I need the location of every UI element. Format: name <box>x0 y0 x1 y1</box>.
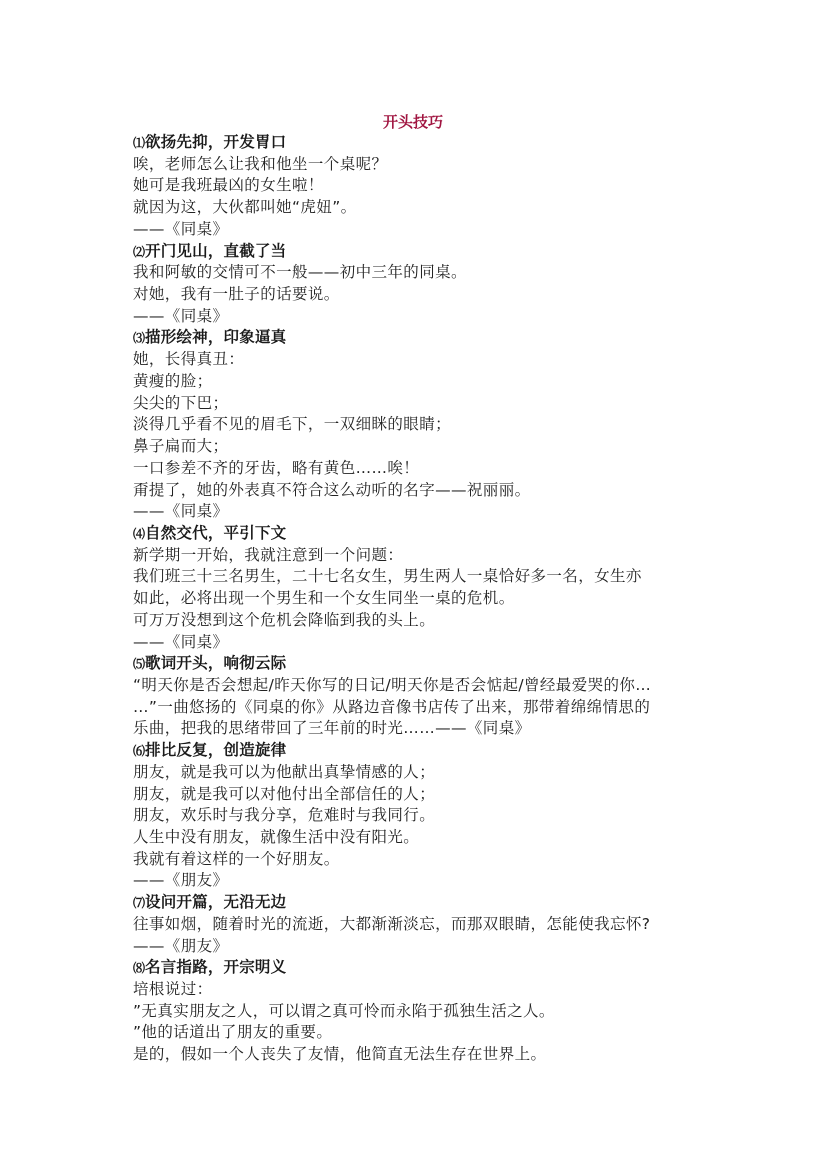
text-line: …”一曲悠扬的《同桌的你》从路边音像书店传了出来，那带着绵绵情思的 <box>133 697 703 719</box>
section-heading-6: ⑹排比反复，创造旋律 <box>133 740 703 762</box>
text-line: 甭提了，她的外表真不符合这么动听的名字——祝丽丽。 <box>133 480 703 502</box>
section-heading-2: ⑵开门见山，直截了当 <box>133 241 703 263</box>
section-number: ⑶ <box>133 331 145 345</box>
section-number: ⑻ <box>133 961 145 975</box>
text-line: 鼻子扁而大； <box>133 436 703 458</box>
text-line: 朋友，就是我可以为他献出真挚情感的人； <box>133 762 703 784</box>
document-body: ⑴欲扬先抑，开发胃口 唉，老师怎么让我和他坐一个桌呢？ 她可是我班最凶的女生啦！… <box>133 132 703 1066</box>
text-line: 就因为这，大伙都叫她“虎妞”。 <box>133 197 703 219</box>
section-heading-4: ⑷自然交代，平引下文 <box>133 523 703 545</box>
section-heading-3: ⑶描形绘神，印象逼真 <box>133 327 703 349</box>
section-number: ⑹ <box>133 744 145 758</box>
text-line: 对她，我有一肚子的话要说。 <box>133 284 703 306</box>
section-heading-5: ⑸歌词开头，响彻云际 <box>133 653 703 675</box>
text-line: 她可是我班最凶的女生啦！ <box>133 175 703 197</box>
text-line: 我就有着这样的一个好朋友。 <box>133 849 703 871</box>
text-line: 她，长得真丑： <box>133 349 703 371</box>
document-page: 开头技巧 ⑴欲扬先抑，开发胃口 唉，老师怎么让我和他坐一个桌呢？ 她可是我班最凶… <box>0 0 826 1169</box>
section-heading-1: ⑴欲扬先抑，开发胃口 <box>133 132 703 154</box>
page-title: 开头技巧 <box>133 111 693 133</box>
text-line: 是的，假如一个人丧失了友情，他简直无法生存在世界上。 <box>133 1044 703 1066</box>
text-line: 如此，必将出现一个男生和一个女生同坐一桌的危机。 <box>133 588 703 610</box>
text-line: 乐曲，把我的思绪带回了三年前的时光……——《同桌》 <box>133 718 703 740</box>
text-line: 朋友，欢乐时与我分享，危难时与我同行。 <box>133 805 703 827</box>
text-line: 新学期一开始，我就注意到一个问题： <box>133 545 703 567</box>
text-line: ”他的话道出了朋友的重要。 <box>133 1022 703 1044</box>
source-citation: ——《同桌》 <box>133 219 703 241</box>
source-citation: ——《同桌》 <box>133 501 703 523</box>
text-line: 培根说过： <box>133 979 703 1001</box>
text-line: 尖尖的下巴； <box>133 393 703 415</box>
text-line: 一口参差不齐的牙齿，略有黄色……唉！ <box>133 458 703 480</box>
section-heading-text: 开门见山，直截了当 <box>145 242 286 260</box>
section-heading-text: 设问开篇，无沿无边 <box>145 893 286 911</box>
section-number: ⑴ <box>133 136 145 150</box>
section-heading-7: ⑺设问开篇，无沿无边 <box>133 892 703 914</box>
section-heading-text: 歌词开头，响彻云际 <box>145 654 286 672</box>
text-line: 我们班三十三名男生，二十七名女生，男生两人一桌恰好多一名，女生亦 <box>133 566 703 588</box>
text-line: 可万万没想到这个危机会降临到我的头上。 <box>133 610 703 632</box>
section-heading-text: 描形绘神，印象逼真 <box>145 328 286 346</box>
text-line: 我和阿敏的交情可不一般——初中三年的同桌。 <box>133 262 703 284</box>
section-heading-text: 排比反复，创造旋律 <box>145 741 286 759</box>
text-line: 淡得几乎看不见的眉毛下，一双细眯的眼睛； <box>133 414 703 436</box>
section-number: ⑺ <box>133 896 145 910</box>
text-line: “明天你是否会想起/昨天你写的日记/明天你是否会惦起/曾经最爱哭的你… <box>133 675 703 697</box>
section-heading-text: 欲扬先抑，开发胃口 <box>145 133 286 151</box>
text-line: 往事如烟，随着时光的流逝，大都渐渐淡忘，而那双眼睛，怎能使我忘怀? <box>133 914 703 936</box>
text-line: 黄瘦的脸； <box>133 371 703 393</box>
section-heading-8: ⑻名言指路，开宗明义 <box>133 957 703 979</box>
section-heading-text: 自然交代，平引下文 <box>145 524 286 542</box>
text-line: ”无真实朋友之人，可以谓之真可怜而永陷于孤独生活之人。 <box>133 1001 703 1023</box>
section-number: ⑷ <box>133 527 145 541</box>
source-citation: ——《朋友》 <box>133 870 703 892</box>
text-line: 朋友，就是我可以对他付出全部信任的人； <box>133 784 703 806</box>
section-number: ⑵ <box>133 245 145 259</box>
text-line: 人生中没有朋友，就像生活中没有阳光。 <box>133 827 703 849</box>
section-number: ⑸ <box>133 657 145 671</box>
source-citation: ——《朋友》 <box>133 936 703 958</box>
text-line: 唉，老师怎么让我和他坐一个桌呢？ <box>133 154 703 176</box>
source-citation: ——《同桌》 <box>133 632 703 654</box>
section-heading-text: 名言指路，开宗明义 <box>145 958 286 976</box>
source-citation: ——《同桌》 <box>133 306 703 328</box>
